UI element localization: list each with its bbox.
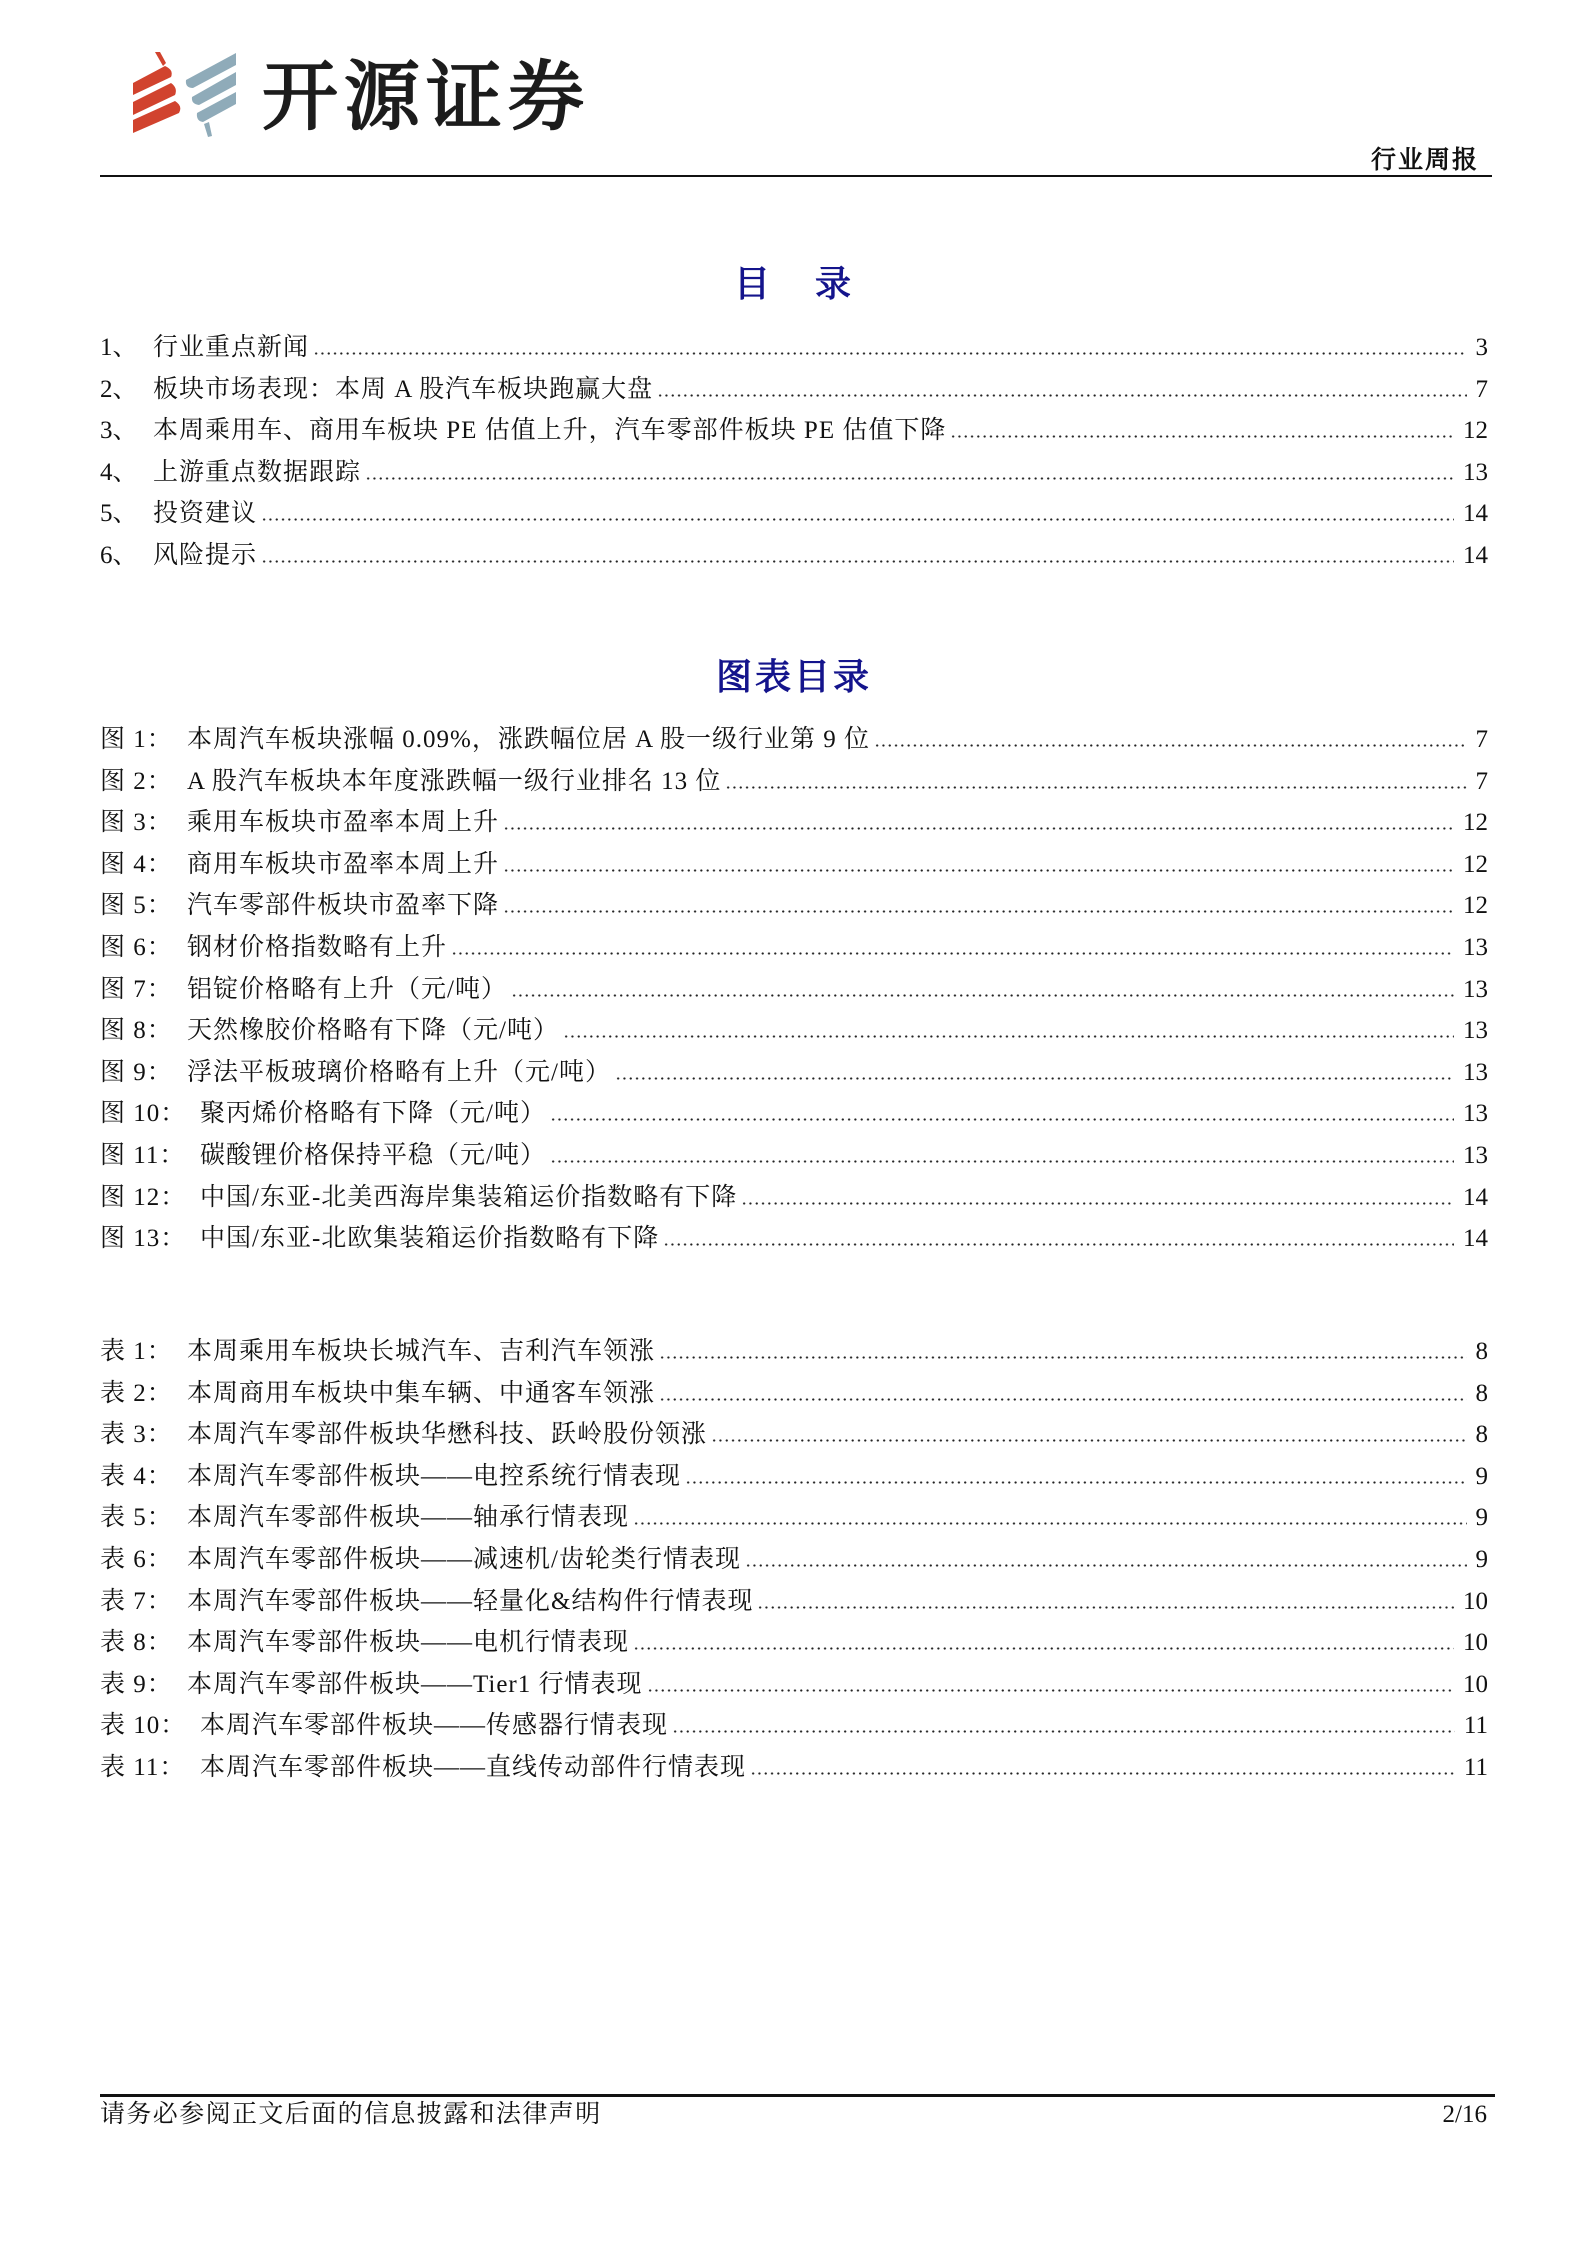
toc-entry-page: 7 [1476, 369, 1489, 411]
logo-text: 开源证券 [262, 57, 590, 137]
figure-caption: 天然橡胶价格略有下降（元/吨） [187, 1010, 559, 1052]
figure-caption: 本周汽车板块涨幅 0.09%，涨跌幅位居 A 股一级行业第 9 位 [187, 719, 870, 761]
dot-leader [874, 744, 1466, 747]
figure-page: 12 [1463, 802, 1488, 844]
toc-list: 1、 行业重点新闻 3 2、 板块市场表现：本周 A 股汽车板块跑赢大盘 7 3… [100, 327, 1488, 577]
document-page: 开源证券 行业周报 目 录 1、 行业重点新闻 3 2、 板块市场表现：本周 A… [0, 0, 1588, 2245]
report-type-label: 行业周报 [1371, 146, 1479, 176]
figure-entry-6[interactable]: 图 6： 钢材价格指数略有上升 13 [100, 927, 1488, 969]
figure-caption: 浮法平板玻璃价格略有上升（元/吨） [187, 1052, 611, 1094]
dot-leader [261, 518, 1454, 521]
dot-leader [615, 1077, 1454, 1080]
figure-caption: 聚丙烯价格略有下降（元/吨） [200, 1093, 546, 1135]
figure-label: 图 4： [100, 844, 187, 886]
dot-leader [663, 1243, 1454, 1246]
figure-entry-8[interactable]: 图 8： 天然橡胶价格略有下降（元/吨） 13 [100, 1010, 1488, 1052]
table-page: 8 [1476, 1414, 1489, 1456]
dot-leader [451, 952, 1454, 955]
toc-entry-2[interactable]: 2、 板块市场表现：本周 A 股汽车板块跑赢大盘 7 [100, 369, 1488, 411]
toc-entry-5[interactable]: 5、 投资建议 14 [100, 493, 1488, 535]
figure-label: 图 13： [100, 1218, 200, 1260]
figure-label: 图 12： [100, 1177, 200, 1219]
dot-leader [672, 1730, 1455, 1733]
figure-label: 图 1： [100, 719, 187, 761]
table-list: 表 1： 本周乘用车板块长城汽车、吉利汽车领涨 8 表 2： 本周商用车板块中集… [100, 1331, 1488, 1789]
table-caption: 本周汽车零部件板块——Tier1 行情表现 [187, 1664, 643, 1706]
figure-label: 图 11： [100, 1135, 200, 1177]
figure-caption: A 股汽车板块本年度涨跌幅一级行业排名 13 位 [187, 761, 721, 803]
dot-leader [563, 1035, 1454, 1038]
dot-leader [261, 560, 1454, 563]
figure-page: 13 [1463, 1052, 1488, 1094]
dot-leader [313, 352, 1466, 355]
table-page: 10 [1463, 1581, 1488, 1623]
dot-leader [725, 786, 1466, 789]
figure-label: 图 9： [100, 1052, 187, 1094]
table-entry-11[interactable]: 表 11： 本周汽车零部件板块——直线传动部件行情表现 11 [100, 1747, 1488, 1789]
dot-leader [950, 435, 1454, 438]
table-page: 8 [1476, 1373, 1489, 1415]
dot-leader [750, 1772, 1455, 1775]
table-caption: 本周汽车零部件板块——减速机/齿轮类行情表现 [187, 1539, 741, 1581]
figure-entry-10[interactable]: 图 10： 聚丙烯价格略有下降（元/吨） 13 [100, 1093, 1488, 1135]
table-caption: 本周汽车零部件板块——电机行情表现 [187, 1622, 629, 1664]
figure-page: 7 [1476, 719, 1489, 761]
figure-page: 13 [1463, 969, 1488, 1011]
dot-leader [657, 394, 1466, 397]
toc-entry-page: 3 [1476, 327, 1489, 369]
table-label: 表 3： [100, 1414, 187, 1456]
table-entry-3[interactable]: 表 3： 本周汽车零部件板块华懋科技、跃岭股份领涨 8 [100, 1414, 1488, 1456]
table-page: 10 [1463, 1664, 1488, 1706]
table-page: 9 [1476, 1539, 1489, 1581]
toc-entry-number: 3、 [100, 410, 153, 452]
toc-entry-6[interactable]: 6、 风险提示 14 [100, 535, 1488, 577]
figure-caption: 钢材价格指数略有上升 [187, 927, 447, 969]
header-divider [100, 175, 1492, 177]
table-caption: 本周汽车零部件板块——直线传动部件行情表现 [200, 1747, 746, 1789]
table-label: 表 10： [100, 1705, 200, 1747]
table-caption: 本周汽车零部件板块——轻量化&结构件行情表现 [187, 1581, 753, 1623]
toc-entry-page: 14 [1463, 535, 1488, 577]
toc-entry-text: 投资建议 [153, 493, 257, 535]
toc-entry-1[interactable]: 1、 行业重点新闻 3 [100, 327, 1488, 369]
figure-page: 13 [1463, 1135, 1488, 1177]
figure-label: 图 2： [100, 761, 187, 803]
figure-list-title: 图表目录 [0, 655, 1588, 699]
figure-page: 12 [1463, 844, 1488, 886]
figure-page: 13 [1463, 927, 1488, 969]
toc-entry-text: 风险提示 [153, 535, 257, 577]
dot-leader [745, 1564, 1467, 1567]
dot-leader [685, 1481, 1466, 1484]
toc-entry-3[interactable]: 3、 本周乘用车、商用车板块 PE 估值上升，汽车零部件板块 PE 估值下降 1… [100, 410, 1488, 452]
table-page: 11 [1464, 1747, 1488, 1789]
figure-label: 图 5： [100, 885, 187, 927]
dot-leader [711, 1439, 1466, 1442]
figure-entry-5[interactable]: 图 5： 汽车零部件板块市盈率下降 12 [100, 885, 1488, 927]
figure-label: 图 10： [100, 1093, 200, 1135]
table-entry-4[interactable]: 表 4： 本周汽车零部件板块——电控系统行情表现 9 [100, 1456, 1488, 1498]
table-label: 表 2： [100, 1373, 187, 1415]
table-entry-7[interactable]: 表 7： 本周汽车零部件板块——轻量化&结构件行情表现 10 [100, 1581, 1488, 1623]
table-caption: 本周汽车零部件板块华懋科技、跃岭股份领涨 [187, 1414, 707, 1456]
dot-leader [633, 1522, 1466, 1525]
figure-label: 图 3： [100, 802, 187, 844]
figure-entry-4[interactable]: 图 4： 商用车板块市盈率本周上升 12 [100, 844, 1488, 886]
dot-leader [550, 1118, 1454, 1121]
toc-title: 目 录 [0, 262, 1588, 306]
table-caption: 本周商用车板块中集车辆、中通客车领涨 [187, 1373, 655, 1415]
table-label: 表 7： [100, 1581, 187, 1623]
dot-leader [659, 1398, 1466, 1401]
table-caption: 本周汽车零部件板块——轴承行情表现 [187, 1497, 629, 1539]
table-page: 8 [1476, 1331, 1489, 1373]
table-entry-9[interactable]: 表 9： 本周汽车零部件板块——Tier1 行情表现 10 [100, 1664, 1488, 1706]
figure-caption: 汽车零部件板块市盈率下降 [187, 885, 499, 927]
figure-caption: 中国/东亚-北美西海岸集装箱运价指数略有下降 [200, 1177, 737, 1219]
dot-leader [503, 827, 1454, 830]
table-entry-5[interactable]: 表 5： 本周汽车零部件板块——轴承行情表现 9 [100, 1497, 1488, 1539]
dot-leader [647, 1689, 1454, 1692]
figure-entry-2[interactable]: 图 2： A 股汽车板块本年度涨跌幅一级行业排名 13 位 7 [100, 761, 1488, 803]
figure-caption: 商用车板块市盈率本周上升 [187, 844, 499, 886]
toc-entry-page: 14 [1463, 493, 1488, 535]
dot-leader [503, 869, 1454, 872]
figure-list: 图 1： 本周汽车板块涨幅 0.09%，涨跌幅位居 A 股一级行业第 9 位 7… [100, 719, 1488, 1260]
figure-caption: 铝锭价格略有上升（元/吨） [187, 969, 507, 1011]
footer-disclaimer: 请务必参阅正文后面的信息披露和法律声明 [100, 2100, 602, 2130]
table-entry-6[interactable]: 表 6： 本周汽车零部件板块——减速机/齿轮类行情表现 9 [100, 1539, 1488, 1581]
figure-entry-13[interactable]: 图 13： 中国/东亚-北欧集装箱运价指数略有下降 14 [100, 1218, 1488, 1260]
figure-page: 12 [1463, 885, 1488, 927]
figure-page: 7 [1476, 761, 1489, 803]
dot-leader [365, 477, 1454, 480]
toc-entry-number: 6、 [100, 535, 153, 577]
figure-entry-3[interactable]: 图 3： 乘用车板块市盈率本周上升 12 [100, 802, 1488, 844]
dot-leader [741, 1202, 1454, 1205]
toc-entry-text: 板块市场表现：本周 A 股汽车板块跑赢大盘 [153, 369, 653, 411]
toc-entry-4[interactable]: 4、 上游重点数据跟踪 13 [100, 452, 1488, 494]
toc-entry-text: 行业重点新闻 [153, 327, 309, 369]
table-caption: 本周汽车零部件板块——电控系统行情表现 [187, 1456, 681, 1498]
table-caption: 本周汽车零部件板块——传感器行情表现 [200, 1705, 668, 1747]
dot-leader [757, 1606, 1454, 1609]
table-label: 表 8： [100, 1622, 187, 1664]
table-entry-10[interactable]: 表 10： 本周汽车零部件板块——传感器行情表现 11 [100, 1705, 1488, 1747]
figure-page: 14 [1463, 1177, 1488, 1219]
table-page: 9 [1476, 1497, 1489, 1539]
table-page: 9 [1476, 1456, 1489, 1498]
figure-entry-9[interactable]: 图 9： 浮法平板玻璃价格略有上升（元/吨） 13 [100, 1052, 1488, 1094]
toc-entry-page: 12 [1463, 410, 1488, 452]
toc-entry-number: 2、 [100, 369, 153, 411]
table-label: 表 4： [100, 1456, 187, 1498]
table-entry-1[interactable]: 表 1： 本周乘用车板块长城汽车、吉利汽车领涨 8 [100, 1331, 1488, 1373]
dot-leader [659, 1356, 1466, 1359]
dot-leader [633, 1647, 1454, 1650]
figure-entry-1[interactable]: 图 1： 本周汽车板块涨幅 0.09%，涨跌幅位居 A 股一级行业第 9 位 7 [100, 719, 1488, 761]
figure-label: 图 7： [100, 969, 187, 1011]
toc-entry-text: 上游重点数据跟踪 [153, 452, 361, 494]
figure-label: 图 8： [100, 1010, 187, 1052]
footer-divider [100, 2094, 1495, 2097]
toc-entry-number: 4、 [100, 452, 153, 494]
toc-entry-number: 1、 [100, 327, 153, 369]
page-number: 2/16 [1443, 2100, 1487, 2130]
figure-page: 14 [1463, 1218, 1488, 1260]
table-label: 表 9： [100, 1664, 187, 1706]
table-label: 表 5： [100, 1497, 187, 1539]
table-entry-2[interactable]: 表 2： 本周商用车板块中集车辆、中通客车领涨 8 [100, 1373, 1488, 1415]
dot-leader [511, 994, 1454, 997]
figure-label: 图 6： [100, 927, 187, 969]
table-page: 10 [1463, 1622, 1488, 1664]
figure-entry-12[interactable]: 图 12： 中国/东亚-北美西海岸集装箱运价指数略有下降 14 [100, 1177, 1488, 1219]
figure-page: 13 [1463, 1010, 1488, 1052]
dot-leader [503, 910, 1454, 913]
table-label: 表 11： [100, 1747, 200, 1789]
table-label: 表 1： [100, 1331, 187, 1373]
kaiyuan-logo-icon [133, 52, 237, 137]
table-page: 11 [1464, 1705, 1488, 1747]
dot-leader [550, 1160, 1454, 1163]
figure-page: 13 [1463, 1093, 1488, 1135]
table-label: 表 6： [100, 1539, 187, 1581]
figure-entry-11[interactable]: 图 11： 碳酸锂价格保持平稳（元/吨） 13 [100, 1135, 1488, 1177]
table-caption: 本周乘用车板块长城汽车、吉利汽车领涨 [187, 1331, 655, 1373]
toc-entry-number: 5、 [100, 493, 153, 535]
toc-entry-page: 13 [1463, 452, 1488, 494]
figure-caption: 碳酸锂价格保持平稳（元/吨） [200, 1135, 546, 1177]
figure-caption: 中国/东亚-北欧集装箱运价指数略有下降 [200, 1218, 659, 1260]
figure-caption: 乘用车板块市盈率本周上升 [187, 802, 499, 844]
figure-entry-7[interactable]: 图 7： 铝锭价格略有上升（元/吨） 13 [100, 969, 1488, 1011]
table-entry-8[interactable]: 表 8： 本周汽车零部件板块——电机行情表现 10 [100, 1622, 1488, 1664]
toc-entry-text: 本周乘用车、商用车板块 PE 估值上升，汽车零部件板块 PE 估值下降 [153, 410, 946, 452]
